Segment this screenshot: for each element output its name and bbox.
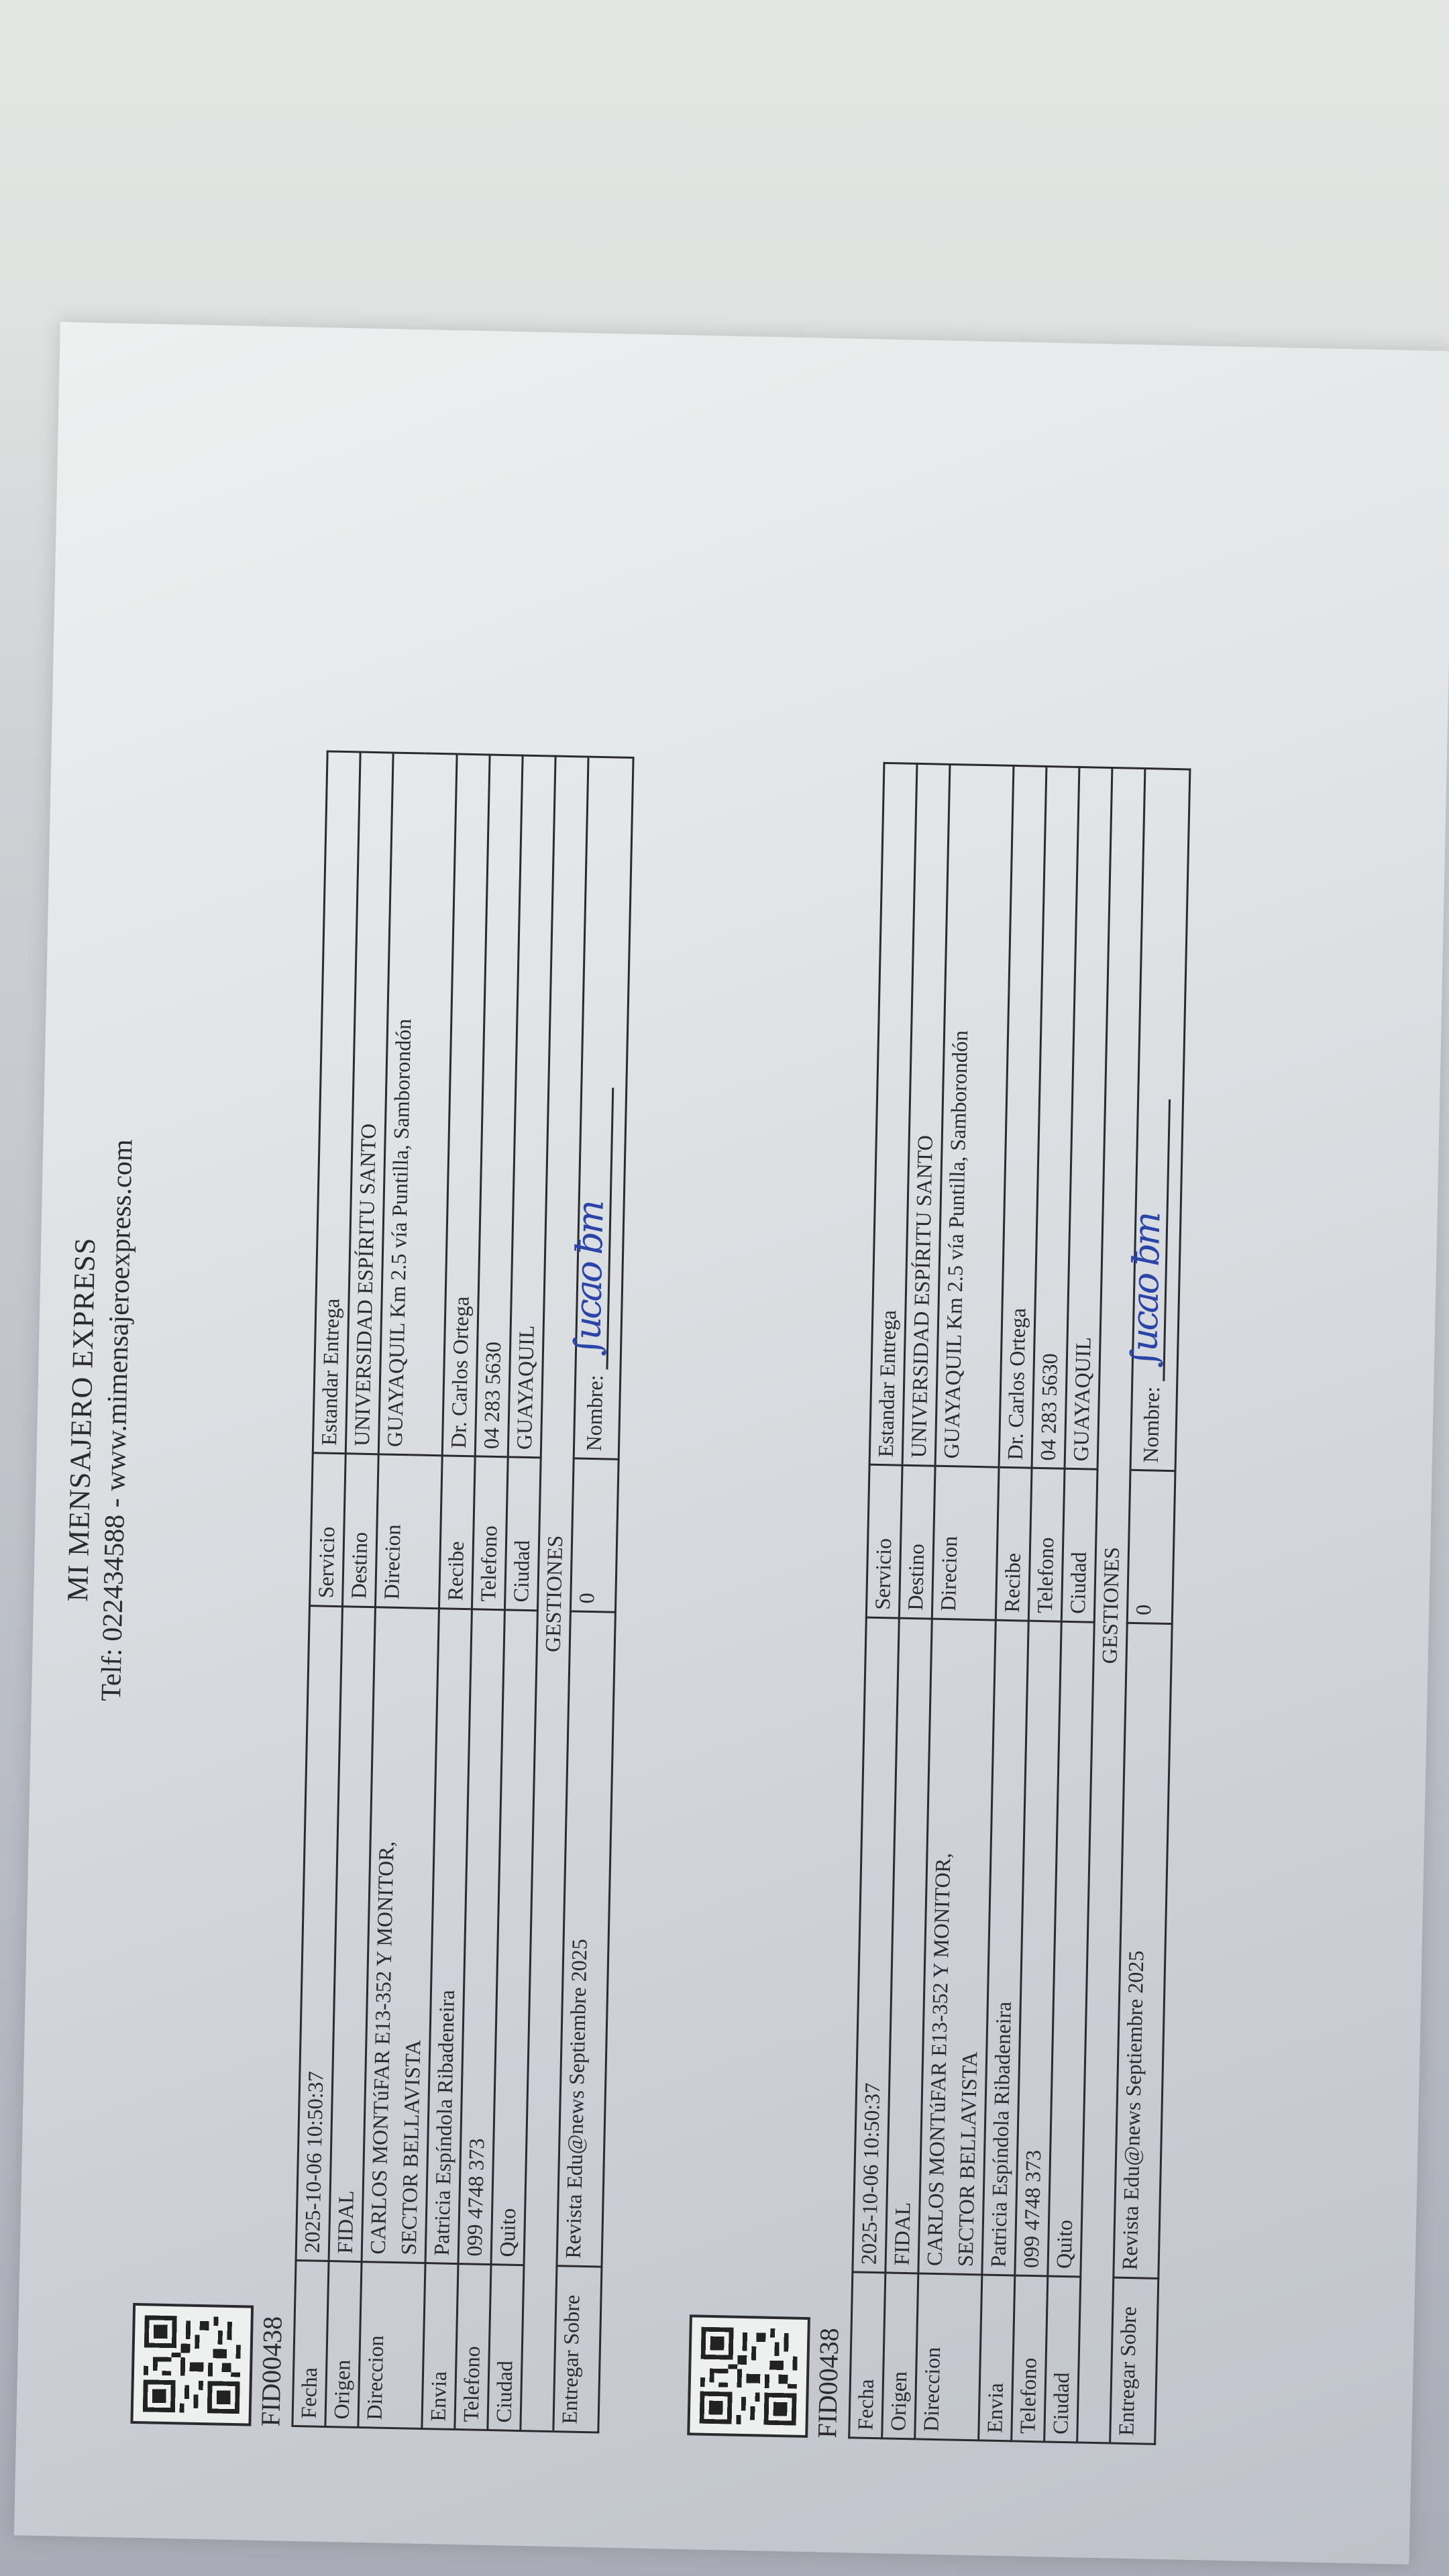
handwritten-signature-icon: ∫ucao ƀm [1123,1214,1169,1368]
delivery-slip-2: FID00438 Fecha 2025-10-06 10:50:37 Servi… [687,759,722,2435]
destino-label: Destino [899,1465,935,1618]
entregar-label: Entregar Sobre [553,2266,602,2432]
destino-label: Destino [343,1454,379,1607]
fecha-label: Fecha [849,2272,885,2438]
signature-line: ∫ucao ƀm [1136,1099,1171,1381]
ciudad-label: Ciudad [1044,2276,1081,2443]
envia-label: Envia [979,2275,1015,2441]
telefono-dest-label: Telefono [1028,1468,1065,1621]
handwritten-signature-icon: ∫ucao ƀm [566,1202,612,1356]
entregar-label: Entregar Sobre [1110,2277,1159,2444]
qr-code-icon [687,2314,810,2438]
recibe-label: Recibe [439,1456,475,1609]
telefono-label: Telefono [455,2264,491,2430]
qr-code-icon [130,2303,254,2426]
direccion-label: Direccion [915,2273,982,2440]
envia-label: Envia [422,2263,458,2430]
direccion-label: Direccion [358,2262,425,2429]
paper-sheet: MI MENSAJERO EXPRESS Telf: 022434588 - w… [14,322,1449,2565]
direcion-label: Direcion [375,1454,442,1608]
telefono-label: Telefono [1012,2275,1048,2442]
gestiones-count: 0 [1127,1470,1175,1623]
servicio-label: Servicio [310,1453,346,1606]
origen-label: Origen [882,2273,918,2439]
tracking-id: FID00438 [811,2328,845,2438]
direcion-label: Direcion [932,1466,999,1619]
nombre-label: Nombre: [1138,1386,1164,1462]
shipment-table: Fecha 2025-10-06 10:50:37 Servicio Estan… [291,750,634,2433]
ciudad-label: Ciudad [488,2265,524,2431]
nombre-label: Nombre: [582,1375,607,1451]
ciudad-dest-label: Ciudad [504,1457,541,1610]
gestiones-count: 0 [570,1458,619,1612]
servicio-label: Servicio [866,1464,902,1617]
ciudad-dest-label: Ciudad [1061,1468,1097,1621]
telefono-dest-label: Telefono [472,1456,508,1609]
origen-label: Origen [325,2261,362,2427]
delivery-form: MI MENSAJERO EXPRESS Telf: 022434588 - w… [28,329,1415,2536]
signature-line: ∫ucao ƀm [579,1087,614,1370]
shipment-table: Fecha 2025-10-06 10:50:37 Servicio Estan… [848,762,1191,2445]
form-header: MI MENSAJERO EXPRESS Telf: 022434588 - w… [42,329,156,2510]
fecha-label: Fecha [292,2260,329,2426]
recibe-label: Recibe [996,1467,1032,1620]
tracking-id: FID00438 [254,2316,288,2426]
